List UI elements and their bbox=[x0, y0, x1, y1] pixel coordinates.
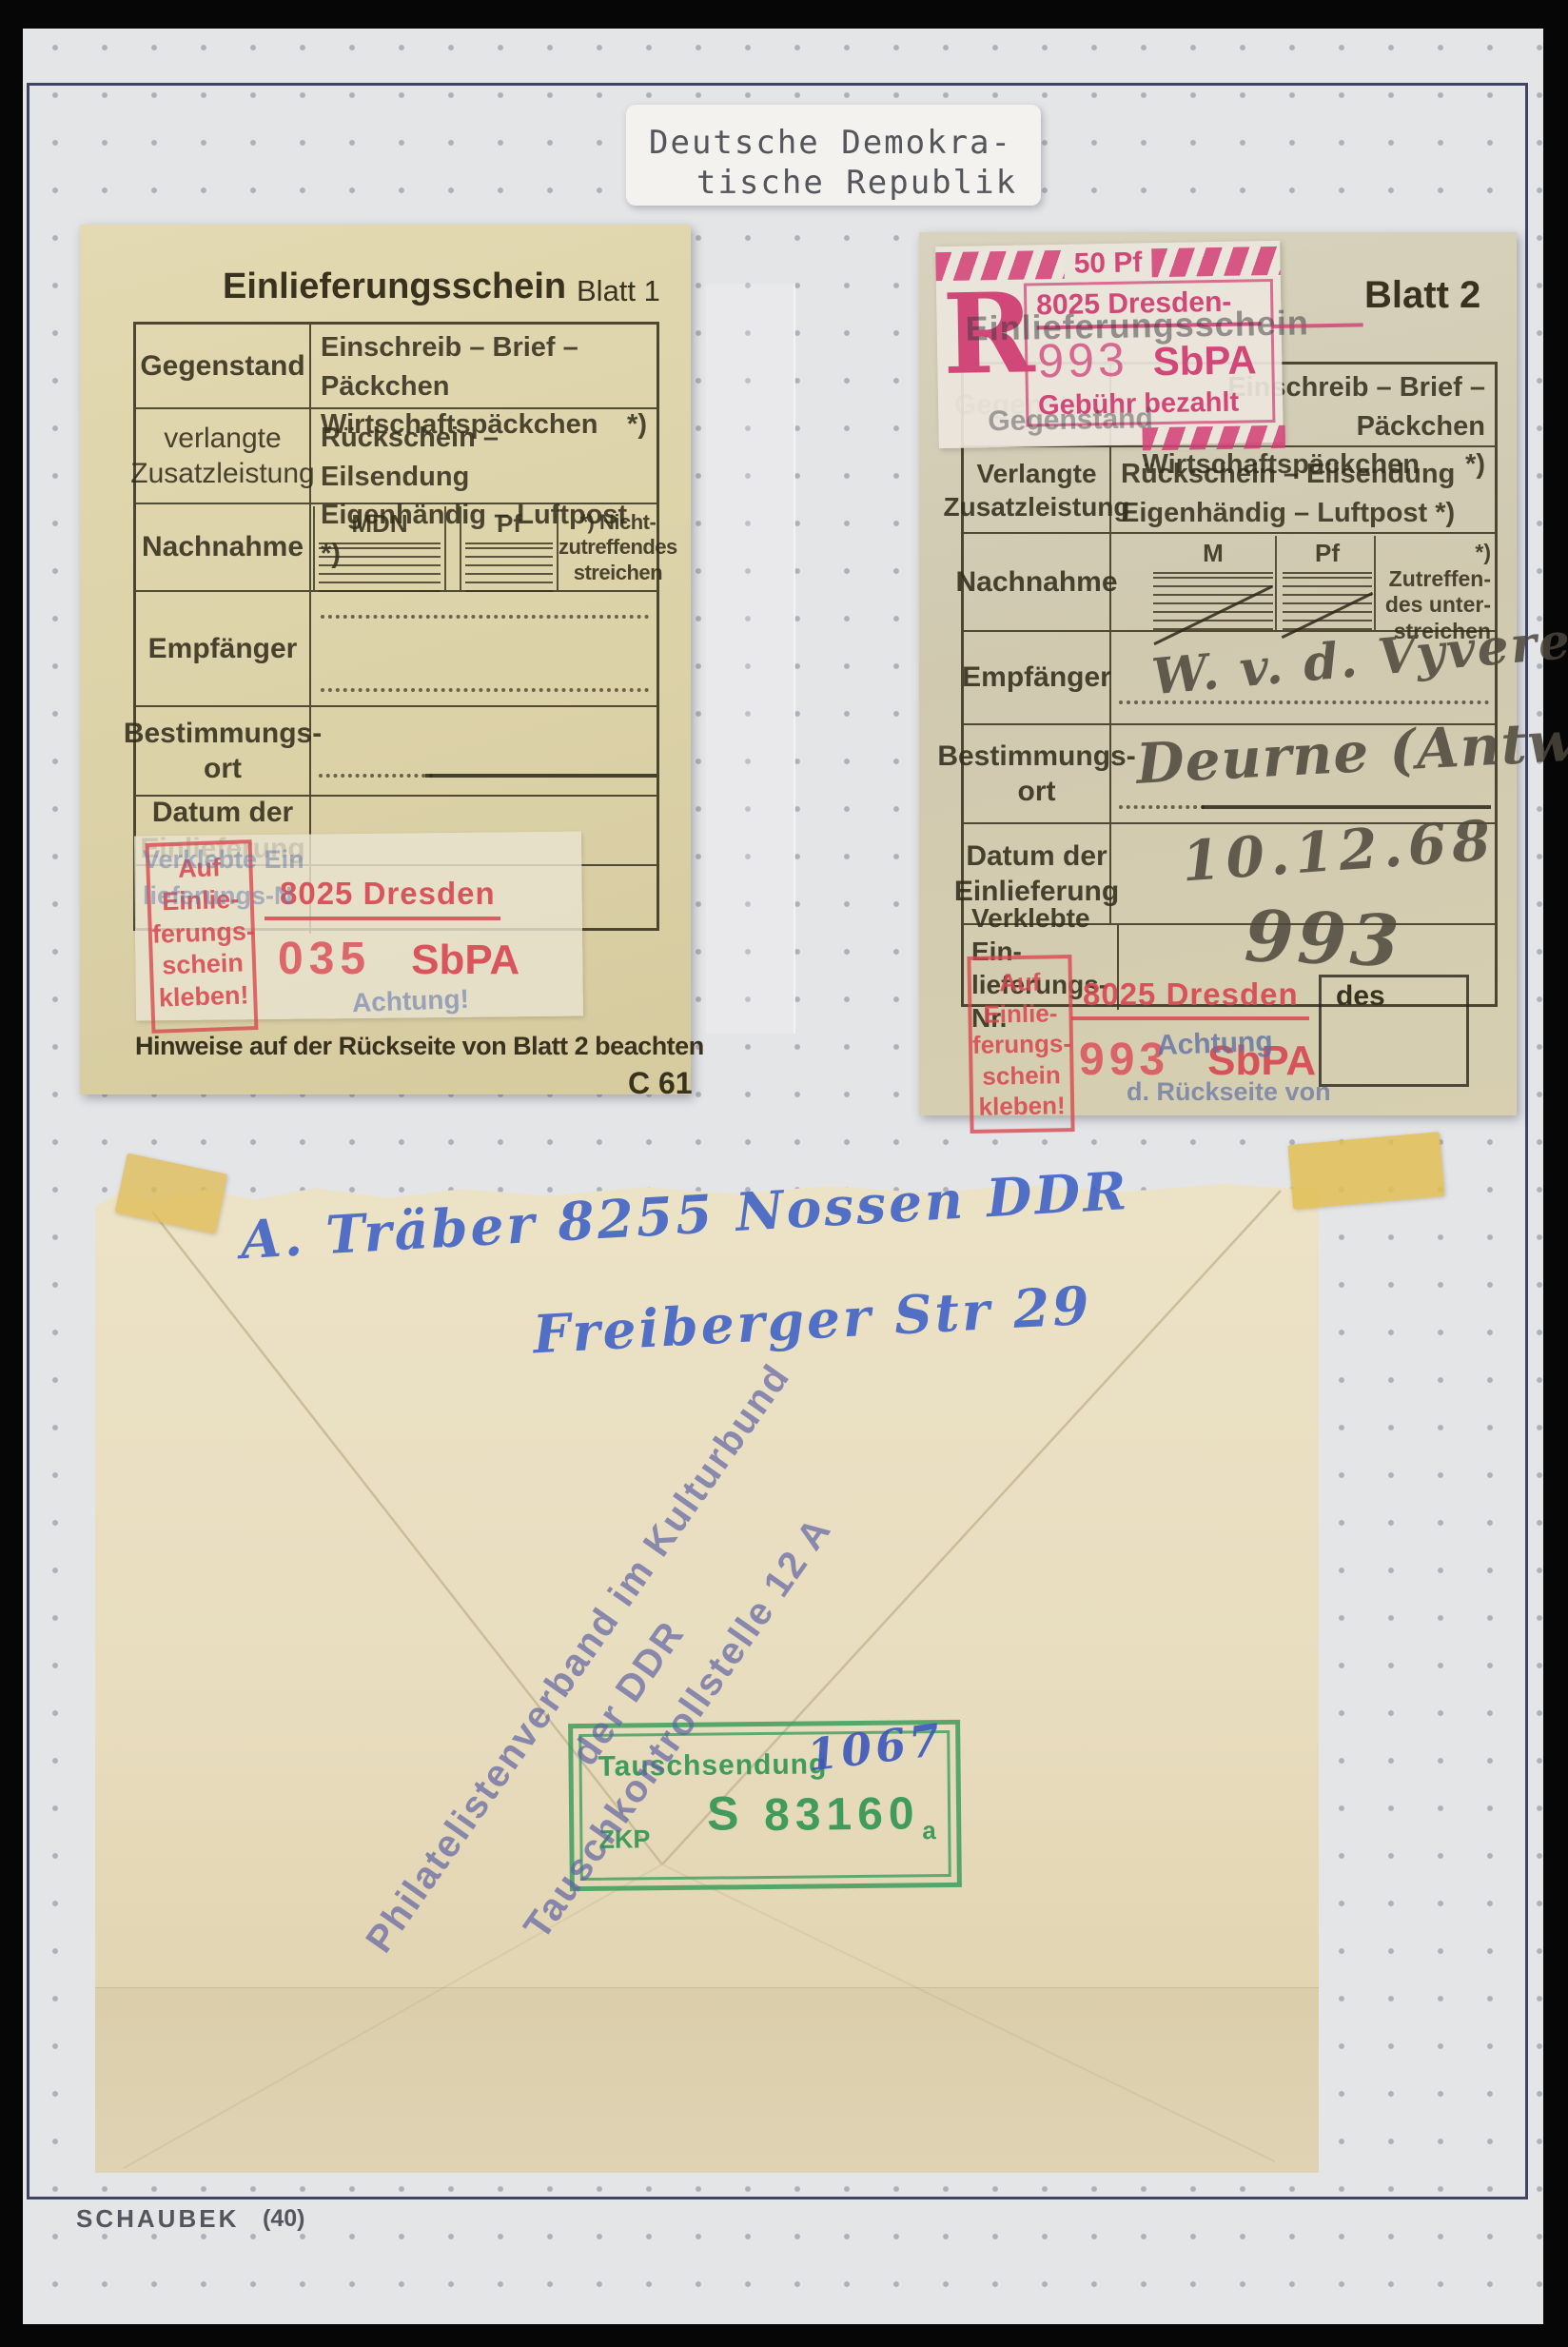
form2-handwriting-number: 993 bbox=[1244, 896, 1404, 983]
form1-gegenstand-label: Gegenstand bbox=[140, 348, 304, 385]
form2-zusatz-label2: Zusatzleistung bbox=[944, 490, 1130, 523]
form2-label-underline bbox=[1071, 1016, 1309, 1020]
publisher-imprint: SCHAUBEK bbox=[76, 2204, 239, 2234]
plate-number: (40) bbox=[263, 2205, 304, 2233]
form1-kleben-line4: schein bbox=[152, 947, 252, 982]
form2-ort-label1: Bestimmungs- bbox=[937, 739, 1135, 775]
r-label-ghost-gegenstand: Gegenstand bbox=[988, 403, 1153, 438]
form1-kleben-line5: kleben! bbox=[154, 979, 254, 1015]
form1-footer-note: Hinweise auf der Rückseite von Blatt 2 b… bbox=[135, 1032, 704, 1061]
tauschsendung-suffix: a bbox=[922, 1816, 936, 1845]
form2-registration-r-label: 50 Pf R 8025 Dresden- 993 SbPA Gebühr be… bbox=[935, 241, 1284, 448]
form1-nachnahme-note3: streichen bbox=[559, 561, 677, 585]
postal-receipt-blatt1: Einlieferungsschein Blatt 1 Gegenstand E… bbox=[80, 225, 691, 1095]
country-title-label: Deutsche Demokra- tische Republik bbox=[626, 105, 1041, 206]
form2-zusatz-label1: Verlangte bbox=[976, 457, 1096, 490]
form1-sheet-number: Blatt 1 bbox=[577, 274, 660, 308]
form2-kleben-line4: schein bbox=[972, 1059, 1070, 1092]
r-label-stripes-right bbox=[1151, 247, 1281, 277]
form1-ort-label2: ort bbox=[204, 751, 242, 787]
form2-nachnahme-note2: des unter- bbox=[1376, 592, 1491, 619]
country-title-line1: Deutsche Demokra- bbox=[649, 124, 1012, 162]
form1-ort-label1: Bestimmungs- bbox=[124, 716, 322, 752]
plastic-film-edge bbox=[706, 284, 795, 1034]
form1-empfaenger-label: Empfänger bbox=[148, 631, 298, 667]
form2-kleben-line3: ferungs- bbox=[972, 1028, 1070, 1060]
form1-nachnahme-mdn-header: MDN bbox=[319, 506, 441, 544]
form2-row-zusatzleistung: Verlangte Zusatzleistung Rückschein – Ei… bbox=[964, 447, 1495, 534]
envelope-bottom-crease bbox=[95, 1987, 1319, 2174]
form1-nachnahme-note2: zutreffendes bbox=[559, 535, 677, 560]
r-label-stripes-bottom bbox=[1143, 425, 1285, 451]
form2-kleben-line1: Auf bbox=[971, 966, 1069, 998]
form1-row-empfaenger: Empfänger bbox=[136, 592, 657, 707]
form1-zusatz-line1: Rückschein – Eilsendung bbox=[321, 419, 647, 496]
tauschsendung-serial: 83160 bbox=[764, 1787, 920, 1842]
form1-kleben-line3: ferungs- bbox=[151, 916, 251, 951]
form2-nachnahme-m-header: M bbox=[1153, 536, 1273, 574]
form1-form-code: C 61 bbox=[628, 1066, 693, 1101]
r-label-fee: 50 Pf bbox=[1064, 247, 1151, 281]
form2-kleben-stamp: Auf Einlie- ferungs- schein kleben! bbox=[967, 955, 1074, 1134]
form1-label-number: 035 bbox=[278, 933, 371, 985]
form1-gegenstand-line1: Einschreib – Brief – Päckchen bbox=[321, 328, 647, 405]
form1-label-underline bbox=[265, 917, 500, 920]
form1-ghost-row-line2: lieferungs-N bbox=[143, 881, 293, 911]
form2-kleben-line2: Einlie- bbox=[971, 997, 1069, 1030]
form2-nachnahme-note1: *) Zutreffen- bbox=[1376, 540, 1491, 592]
r-label-ghost-strike bbox=[1272, 323, 1363, 328]
r-label-ghost-title: Einlieferungsschein bbox=[965, 303, 1309, 348]
form1-row-nachnahme: Nachnahme MDN Pf *) Nicht- zutreffendes … bbox=[136, 504, 657, 592]
form1-row-bestimmungsort: Bestimmungs- ort bbox=[136, 707, 657, 797]
country-title-line2: tische Republik bbox=[696, 164, 1017, 202]
form1-row-gegenstand: Gegenstand Einschreib – Brief – Päckchen… bbox=[136, 325, 657, 409]
form2-nachnahme-pf-header: Pf bbox=[1283, 536, 1372, 574]
form1-ghost-row-line1: Verklebte Ein bbox=[143, 845, 304, 875]
form2-kleben-line5: kleben! bbox=[973, 1090, 1071, 1122]
form2-label-city: 8025 Dresden bbox=[1083, 976, 1299, 1013]
form1-zusatz-label2: Zusatzleistung bbox=[130, 456, 314, 492]
form2-des-text: des bbox=[1336, 980, 1385, 1013]
postal-receipt-blatt2: Blatt 2 Gegenstand Einschreib – Brief – … bbox=[919, 232, 1517, 1115]
form1-nachnahme-pf-header: Pf bbox=[465, 506, 553, 544]
form2-ghost-achtung: Achtung bbox=[1156, 1026, 1273, 1062]
form2-ort-label2: ort bbox=[1018, 774, 1056, 810]
form2-zusatz-line2: Eigenhändig – Luftpost *) bbox=[1121, 494, 1485, 533]
form2-datum-label1: Datum der bbox=[966, 838, 1107, 875]
form2-empfaenger-label: Empfänger bbox=[962, 660, 1111, 696]
form1-label-city: 8025 Dresden bbox=[280, 876, 496, 912]
form1-nachnahme-label: Nachnahme bbox=[142, 529, 304, 565]
album-page-photo: SCHAUBEK (40) Deutsche Demokra- tische R… bbox=[0, 0, 1568, 2347]
form2-ghost-rueckseite: d. Rückseite von bbox=[1127, 1077, 1331, 1107]
form1-title: Einlieferungsschein bbox=[223, 266, 566, 307]
form1-label-office: SbPA bbox=[411, 937, 519, 984]
form2-sheet-number: Blatt 2 bbox=[1364, 274, 1480, 317]
form1-row-zusatzleistung: verlangte Zusatzleistung Rückschein – Ei… bbox=[136, 409, 657, 504]
form1-nachnahme-note1: *) Nicht- bbox=[559, 510, 677, 535]
form1-zusatz-label1: verlangte bbox=[164, 421, 281, 457]
form2-nachnahme-label: Nachnahme bbox=[955, 564, 1117, 601]
form2-row-nachnahme: Nachnahme M Pf *) Zutreffen- des unter- … bbox=[964, 534, 1495, 632]
tape-top-right bbox=[1287, 1132, 1444, 1210]
tauschsendung-prefix: S bbox=[707, 1785, 739, 1841]
form2-zusatz-line1: Rückschein – Eilsendung bbox=[1121, 455, 1485, 494]
form1-ghost-achtung: Achtung! bbox=[351, 984, 469, 1018]
form1-datum-label1: Datum der bbox=[152, 795, 293, 831]
